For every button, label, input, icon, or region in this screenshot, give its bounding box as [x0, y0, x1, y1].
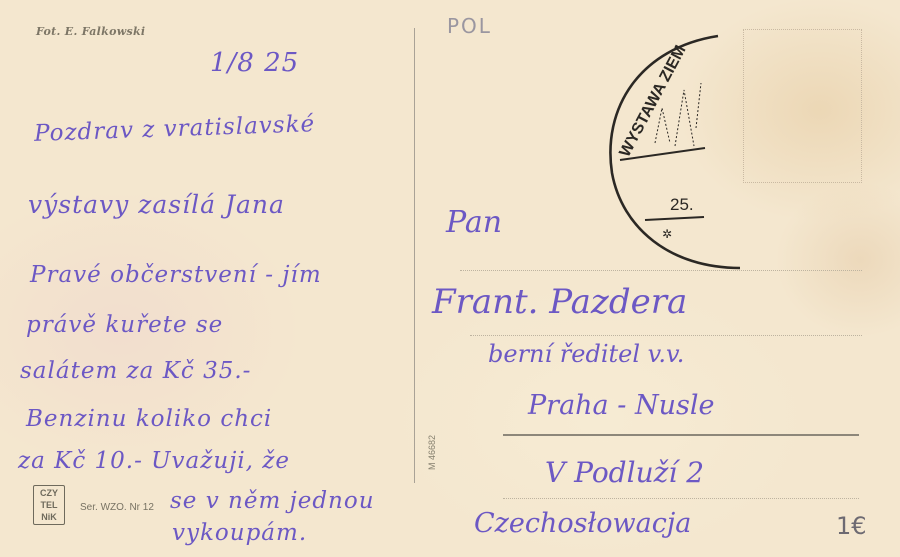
postcard-back: Fot. E. Falkowski M 46682 CZY TEL NiK Se…	[0, 0, 900, 557]
logo-line: CZY	[34, 487, 64, 499]
series-label: Ser. WZO. Nr 12	[80, 502, 154, 513]
address-line	[503, 498, 859, 499]
address-country: Czechosłowacja	[474, 508, 691, 539]
stamp-placeholder	[743, 29, 862, 183]
logo-line: NiK	[34, 511, 64, 523]
postmark-icon: WYSTAWA ZIEM 25. ✲	[600, 28, 760, 278]
message-date: 1/8 25	[210, 48, 299, 78]
address-name: Frant. Pazdera	[432, 282, 687, 322]
message-line: výstavy zasílá Jana	[28, 190, 285, 219]
publisher-logo: CZY TEL NiK	[33, 485, 65, 525]
city-underline	[503, 434, 859, 436]
message-line: se v něm jednou	[170, 488, 375, 514]
price-mark: 1€	[836, 512, 867, 540]
center-divider	[414, 28, 415, 483]
address-title: berní ředitel v.v.	[488, 340, 684, 368]
serial-number: M 46682	[403, 435, 413, 470]
logo-line: TEL	[34, 499, 64, 511]
message-line: za Kč 10.- Uvažuji, že	[18, 448, 290, 474]
message-line: Benzinu koliko chci	[26, 406, 272, 432]
message-line: Pravé občerstvení - jím	[30, 262, 322, 288]
message-line: salátem za Kč 35.-	[20, 358, 251, 384]
message-line: Pozdrav z vratislavské	[34, 111, 316, 147]
svg-text:✲: ✲	[662, 227, 672, 241]
publisher-credit: Fot. E. Falkowski	[36, 25, 145, 38]
svg-text:25.: 25.	[670, 195, 694, 214]
address-street: V Podluží 2	[545, 456, 704, 489]
address-line	[460, 270, 862, 271]
svg-text:WYSTAWA ZIEM: WYSTAWA ZIEM	[617, 43, 690, 160]
message-line: vykoupám.	[172, 520, 307, 546]
address-line	[470, 335, 862, 336]
message-line: právě kuřete se	[26, 312, 223, 338]
dealer-mark: POL	[447, 14, 492, 38]
address-city: Praha - Nusle	[528, 390, 714, 421]
address-salutation: Pan	[446, 205, 502, 240]
